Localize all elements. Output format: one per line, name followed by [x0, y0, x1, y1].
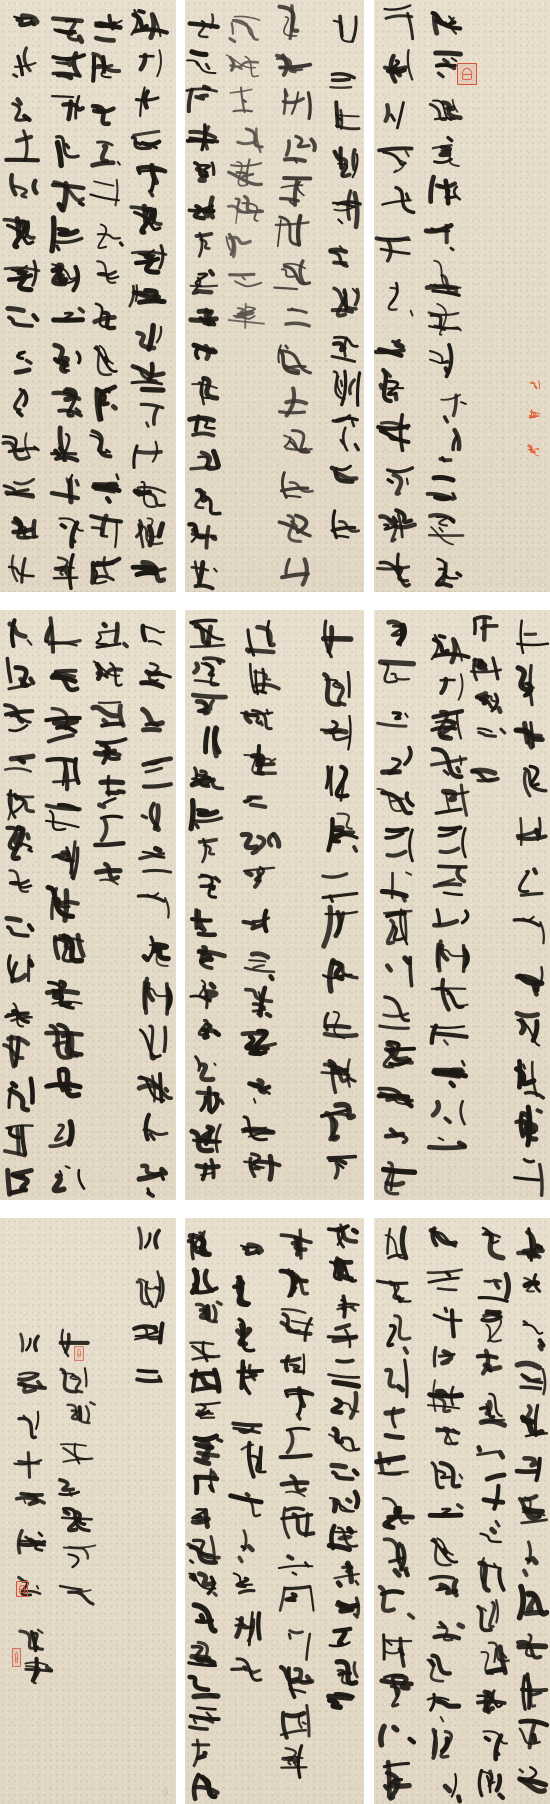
calligraphy-character: 江: [88, 508, 125, 550]
brush-glyph-icon: [326, 96, 364, 140]
brush-glyph-icon: [185, 264, 220, 299]
calligraphy-character: 绘: [48, 3, 88, 45]
calligraphy-character: 芒: [187, 761, 228, 797]
brush-glyph-icon: [374, 696, 418, 738]
calligraphy-character: 暑: [13, 1483, 50, 1522]
calligraphy-character: 吸: [318, 1001, 362, 1049]
calligraphy-character: 轩: [526, 433, 542, 466]
calligraphy-character: 宏: [374, 1490, 416, 1535]
calligraphy-character: 力: [228, 1271, 268, 1313]
brush-glyph-icon: [187, 798, 226, 831]
calligraphy-character: 德: [185, 1398, 225, 1432]
calligraphy-character: 来: [318, 711, 362, 759]
calligraphy-character: 继: [185, 1432, 225, 1466]
calligraphy-character: 当: [42, 612, 87, 657]
calligraphy-character: 个: [185, 45, 222, 82]
calligraphy-character: 辛: [13, 1406, 50, 1445]
brush-glyph-icon: [374, 229, 415, 271]
calligraphy-character: 聚: [511, 1053, 550, 1102]
brush-glyph-icon: [238, 1066, 280, 1104]
brush-glyph-icon: [469, 719, 507, 752]
calligraphy-character: 篇: [374, 1310, 416, 1355]
brush-glyph-icon: [186, 228, 222, 263]
text-column: 党史我们追寻革命原点缅怀先: [374, 0, 418, 592]
brush-glyph-icon: [515, 1401, 550, 1443]
calligraphy-character: 润: [88, 3, 125, 45]
brush-glyph-icon: [58, 1504, 99, 1537]
calligraphy-character: 照: [127, 356, 171, 395]
brush-glyph-icon: [376, 823, 420, 862]
brush-glyph-icon: [319, 615, 362, 661]
text-column: 这是无数共产党人凝聚力量: [511, 612, 550, 1200]
calligraphy-character: 救: [472, 1555, 512, 1597]
calligraphy-character: 教: [273, 254, 318, 296]
brush-glyph-icon: [16, 1656, 55, 1687]
calligraphy-character: 佳: [15, 1623, 55, 1655]
calligraphy-character: 的: [238, 739, 282, 780]
calligraphy-character: 世: [185, 81, 222, 118]
brush-glyph-icon: [224, 12, 270, 48]
brush-glyph-icon: [189, 689, 229, 724]
calligraphy-character: 精: [275, 1741, 318, 1781]
brush-glyph-icon: [0, 508, 43, 549]
calligraphy-character: 情: [187, 1084, 228, 1120]
brush-glyph-icon: [321, 809, 363, 854]
calligraphy-character: 们: [42, 702, 87, 747]
panel-8: 们通过这些鲜活的党史故事认识到 理想信念的力量以信仰之力以精 神力量为党不断为家…: [185, 1218, 364, 1804]
text-column: 坚定初心以德继往开来历史让我们担起: [185, 1229, 225, 1804]
calligraphy-character: 旗: [238, 780, 282, 821]
calligraphy-character: 初: [185, 1297, 225, 1331]
brush-glyph-icon: [185, 1466, 224, 1499]
calligraphy-character: 些: [325, 1355, 363, 1388]
brush-glyph-icon: [89, 382, 126, 423]
brush-glyph-icon: [86, 256, 124, 298]
brush-glyph-icon: [1, 822, 40, 863]
calligraphy-character: 们: [48, 298, 88, 340]
brush-glyph-icon: [375, 1356, 415, 1398]
brush-glyph-icon: [189, 833, 229, 868]
brush-glyph-icon: [188, 870, 227, 903]
calligraphy-character: 我: [187, 1048, 228, 1084]
brush-glyph-icon: [513, 613, 550, 659]
brush-glyph-icon: [187, 1670, 225, 1702]
brush-glyph-icon: [327, 323, 364, 366]
calligraphy-character: 信: [374, 864, 420, 906]
calligraphy-character: 中: [185, 556, 222, 593]
calligraphy-character: 索: [238, 1024, 282, 1065]
calligraphy-character: 谋: [514, 1400, 550, 1445]
brush-glyph-icon: [424, 131, 466, 171]
calligraphy-character: 干: [273, 550, 318, 592]
brush-glyph-icon: [186, 1297, 226, 1331]
calligraphy-character: 力: [90, 812, 130, 852]
brush-glyph-icon: [129, 239, 173, 278]
brush-glyph-icon: [325, 1323, 362, 1355]
calligraphy-character: 奋: [325, 231, 363, 276]
brush-glyph-icon: [137, 840, 175, 882]
calligraphy-character: 斗: [325, 277, 363, 322]
brush-glyph-icon: [375, 1266, 415, 1308]
calligraphy-character: 重: [325, 412, 363, 457]
brush-glyph-icon: [47, 551, 87, 592]
brush-glyph-icon: [375, 992, 418, 1031]
text-column: 罢不能之精的信仰才能理解为什: [374, 612, 420, 1200]
brush-glyph-icon: [188, 1156, 229, 1192]
calligraphy-character: 举: [0, 990, 38, 1032]
brush-glyph-icon: [136, 659, 174, 701]
text-column: 部的再一次集中补钙: [222, 12, 268, 334]
brush-glyph-icon: [423, 215, 466, 256]
panel-4: 这是无数共产党人凝聚力量 的源头基石 我们正迈步的江山中间新的作为 罢不能之精的…: [374, 610, 550, 1200]
calligraphy-character: 斌: [15, 1655, 55, 1687]
calligraphy-character: 从: [424, 88, 467, 130]
text-column: 绘出宏图化为我们继续前行的精: [48, 3, 88, 592]
brush-glyph-icon: [187, 483, 224, 519]
brush-glyph-icon: [44, 929, 88, 973]
calligraphy-character: 人: [511, 955, 550, 1004]
calligraphy-character: 此: [318, 807, 362, 855]
text-column: 富的智慧和力量: [90, 614, 130, 891]
brush-glyph-icon: [428, 705, 474, 743]
brush-glyph-icon: [374, 739, 417, 778]
calligraphy-character: 月: [13, 1522, 50, 1561]
brush-glyph-icon: [137, 1021, 175, 1063]
calligraphy-character: 翻: [424, 340, 467, 382]
calligraphy-character: 亮: [127, 396, 171, 435]
brush-glyph-icon: [317, 1050, 361, 1097]
calligraphy-character: 的: [187, 689, 228, 725]
calligraphy-character: 福: [514, 1490, 550, 1535]
brush-glyph-icon: [128, 436, 171, 474]
brush-glyph-icon: [135, 703, 175, 747]
brush-glyph-icon: [526, 442, 542, 458]
brush-glyph-icon: [424, 1534, 465, 1570]
calligraphy-character: 书: [424, 1765, 467, 1804]
brush-glyph-icon: [187, 1050, 226, 1083]
calligraphy-character: 征: [88, 87, 125, 129]
calligraphy-character: 一: [185, 8, 222, 45]
calligraphy-character: 头: [467, 682, 507, 717]
brush-glyph-icon: [137, 930, 176, 973]
brush-glyph-icon: [136, 975, 174, 1017]
brush-glyph-icon: [239, 617, 283, 658]
calligraphy-character: 神: [127, 317, 171, 356]
brush-glyph-icon: [425, 1301, 467, 1338]
brush-glyph-icon: [516, 1581, 550, 1623]
brush-glyph-icon: [57, 1540, 99, 1574]
brush-glyph-icon: [186, 1332, 224, 1363]
calligraphy-character: 求: [187, 617, 228, 653]
calligraphy-character: 之: [238, 1146, 282, 1187]
calligraphy-character: 新: [55, 1574, 99, 1610]
calligraphy-character: 民: [514, 1579, 550, 1624]
brush-glyph-icon: [375, 1670, 416, 1713]
brush-glyph-icon: [511, 956, 549, 1002]
brush-glyph-icon: [48, 425, 87, 465]
calligraphy-character: 想: [275, 1265, 318, 1305]
brush-glyph-icon: [424, 467, 465, 506]
calligraphy-character: 次: [222, 155, 268, 191]
calligraphy-character: 员: [273, 507, 318, 549]
brush-glyph-icon: [185, 520, 221, 555]
calligraphy-character: 为: [228, 1355, 268, 1397]
brush-glyph-icon: [0, 781, 38, 821]
brush-glyph-icon: [55, 1468, 97, 1502]
brush-glyph-icon: [375, 613, 420, 653]
brush-glyph-icon: [375, 501, 420, 546]
calligraphy-character: 程: [185, 373, 222, 410]
brush-glyph-icon: [13, 1485, 48, 1521]
calligraphy-artwork: 知所从来方明所去翻开中国共产 党史我们追寻革命原点缅怀先 秋韵轩 烈辉煌回顾奋斗…: [0, 0, 550, 1804]
brush-glyph-icon: [229, 1608, 269, 1649]
calligraphy-character: 力: [0, 550, 44, 592]
calligraphy-character: 原: [374, 364, 418, 410]
page-marker: 9: [162, 1789, 168, 1800]
calligraphy-character: 家: [228, 1566, 268, 1608]
calligraphy-character: 篇: [374, 1445, 416, 1490]
seal-stamp-leading: [74, 1346, 84, 1361]
brush-glyph-icon: [0, 465, 43, 507]
calligraphy-character: 冲: [472, 1388, 512, 1430]
brush-glyph-icon: [240, 944, 282, 982]
brush-glyph-icon: [277, 1305, 320, 1344]
calligraphy-character: 续: [127, 121, 171, 160]
text-column: 着为人民谋幸福为民族谋复兴: [514, 1220, 550, 1804]
brush-glyph-icon: [129, 317, 173, 356]
brush-glyph-icon: [3, 2, 45, 41]
brush-glyph-icon: [472, 1597, 511, 1637]
calligraphy-character: 故: [325, 1555, 363, 1588]
calligraphy-character: 我: [127, 3, 171, 42]
brush-glyph-icon: [186, 410, 222, 445]
brush-glyph-icon: [515, 1670, 550, 1713]
calligraphy-character: 的: [325, 1455, 363, 1488]
calligraphy-character: 壮: [0, 948, 38, 990]
brush-glyph-icon: [239, 739, 283, 779]
calligraphy-character: 兴: [514, 1759, 550, 1804]
calligraphy-character: 牺: [0, 654, 38, 696]
brush-glyph-icon: [374, 1310, 415, 1354]
brush-glyph-icon: [187, 301, 223, 336]
brush-glyph-icon: [1, 740, 37, 779]
text-column: 我们正迈步的江山中间新的作为: [427, 628, 473, 1169]
brush-glyph-icon: [321, 761, 363, 806]
brush-glyph-icon: [237, 1107, 280, 1146]
calligraphy-character: 行: [48, 466, 88, 508]
brush-glyph-icon: [513, 1446, 548, 1488]
text-column: 百年来如此多人被吸引而来: [318, 614, 362, 1194]
brush-glyph-icon: [240, 1026, 282, 1064]
brush-glyph-icon: [229, 1314, 268, 1354]
brush-glyph-icon: [376, 1158, 421, 1199]
brush-glyph-icon: [318, 663, 362, 710]
text-column: 去牺牲大义之先的壮举至为勇敢: [0, 612, 38, 1200]
brush-glyph-icon: [185, 1534, 223, 1566]
brush-glyph-icon: [513, 1760, 548, 1802]
brush-glyph-icon: [0, 991, 36, 1030]
brush-glyph-icon: [186, 905, 227, 941]
brush-glyph-icon: [90, 214, 126, 254]
calligraphy-character: 们: [427, 667, 473, 706]
calligraphy-character: 的: [427, 821, 473, 860]
brush-glyph-icon: [377, 1118, 421, 1157]
calligraphy-character: 集: [222, 191, 268, 227]
calligraphy-character: 时: [0, 211, 44, 253]
calligraphy-character: 理: [374, 1032, 420, 1074]
brush-glyph-icon: [424, 298, 467, 339]
calligraphy-character: 才: [424, 1262, 467, 1301]
calligraphy-character: 引: [318, 1049, 362, 1097]
calligraphy-character: 和: [90, 772, 130, 812]
calligraphy-character: 的: [88, 466, 125, 508]
brush-glyph-icon: [188, 1014, 227, 1047]
calligraphy-character: 那: [88, 171, 125, 213]
calligraphy-character: 山: [88, 550, 125, 592]
brush-glyph-icon: [186, 1636, 224, 1668]
brush-glyph-icon: [319, 1001, 363, 1048]
calligraphy-character: 心: [185, 1330, 225, 1364]
brush-glyph-icon: [424, 1455, 467, 1494]
calligraphy-character: 求: [238, 1106, 282, 1147]
calligraphy-character: 这: [325, 1322, 363, 1355]
calligraphy-character: 多: [318, 856, 362, 904]
brush-glyph-icon: [374, 906, 418, 947]
brush-glyph-icon: [273, 296, 318, 338]
calligraphy-character: 些: [88, 213, 125, 255]
brush-glyph-icon: [130, 515, 171, 551]
calligraphy-character: 史: [135, 929, 175, 974]
calligraphy-character: 不: [228, 1439, 268, 1481]
brush-glyph-icon: [42, 613, 86, 656]
brush-glyph-icon: [135, 749, 175, 792]
brush-glyph-icon: [227, 1567, 266, 1607]
brush-glyph-icon: [424, 1572, 466, 1609]
calligraphy-character: 精: [127, 278, 171, 317]
calligraphy-character: 的: [127, 160, 171, 199]
brush-glyph-icon: [188, 618, 228, 652]
calligraphy-character: 以: [275, 1702, 318, 1742]
brush-glyph-icon: [186, 761, 227, 797]
calligraphy-character: 中: [135, 974, 175, 1019]
brush-glyph-icon: [277, 1702, 319, 1740]
brush-glyph-icon: [375, 1760, 417, 1804]
brush-glyph-icon: [374, 1033, 418, 1072]
calligraphy-character: 们: [185, 300, 222, 337]
calligraphy-character: 艰: [185, 483, 222, 520]
calligraphy-character: 理: [275, 1225, 318, 1265]
calligraphy-character: 石: [467, 753, 507, 788]
calligraphy-character: 洒: [135, 657, 175, 702]
calligraphy-character: 广: [273, 381, 318, 423]
calligraphy-character: 赓: [127, 82, 171, 121]
calligraphy-character: 仰: [374, 906, 420, 948]
calligraphy-character: 青: [424, 1572, 467, 1611]
calligraphy-character: 这: [511, 612, 550, 661]
calligraphy-character: 史: [374, 46, 418, 92]
text-column: 我们赓续的时代精神照亮了人心滋: [127, 3, 171, 592]
brush-glyph-icon: [91, 655, 129, 692]
brush-glyph-icon: [186, 1399, 225, 1432]
brush-glyph-icon: [185, 82, 220, 117]
calligraphy-character: 锋: [472, 1430, 512, 1472]
brush-glyph-icon: [318, 857, 361, 903]
panel-2: 烈辉煌回顾奋斗历程重温党 开展党史学习教育是广大党员干 部的再一次集中补钙 一个…: [185, 0, 364, 592]
calligraphy-character: 好: [374, 1759, 416, 1804]
calligraphy-character: 间: [427, 976, 473, 1015]
brush-glyph-icon: [44, 1156, 87, 1198]
calligraphy-character: 续: [48, 382, 88, 424]
brush-glyph-icon: [425, 341, 467, 381]
brush-glyph-icon: [325, 6, 363, 50]
calligraphy-character: 过: [185, 154, 222, 191]
calligraphy-character: 展: [273, 42, 318, 84]
brush-glyph-icon: [0, 614, 35, 653]
calligraphy-character: 已: [185, 410, 222, 447]
calligraphy-character: 江: [427, 860, 473, 899]
calligraphy-character: 前: [472, 1347, 512, 1389]
calligraphy-character: 往: [185, 1466, 225, 1500]
brush-glyph-icon: [239, 822, 281, 860]
calligraphy-character: 中: [424, 424, 467, 466]
brush-glyph-icon: [376, 1221, 417, 1264]
text-column: 当我们翻开党史大到为人民而: [42, 612, 87, 1200]
brush-glyph-icon: [374, 319, 417, 364]
brush-glyph-icon: [186, 338, 221, 372]
brush-glyph-icon: [56, 1433, 97, 1466]
brush-glyph-icon: [89, 89, 124, 128]
brush-glyph-icon: [86, 550, 124, 591]
calligraphy-character: 开: [185, 1500, 225, 1534]
calligraphy-character: 我: [42, 657, 87, 702]
calligraphy-character: 之: [374, 738, 420, 780]
calligraphy-character: 坚: [185, 1229, 225, 1263]
brush-glyph-icon: [272, 255, 316, 295]
brush-glyph-icon: [185, 1770, 225, 1804]
calligraphy-character: 动: [472, 1679, 512, 1721]
calligraphy-character: 心: [55, 1432, 99, 1468]
brush-glyph-icon: [374, 780, 420, 822]
calligraphy-character: 生: [424, 1688, 467, 1727]
brush-glyph-icon: [429, 1092, 474, 1130]
brush-glyph-icon: [374, 0, 417, 45]
calligraphy-character: 育: [273, 296, 318, 338]
calligraphy-character: 大: [0, 381, 44, 423]
calligraphy-character: 诗: [374, 1265, 416, 1310]
brush-glyph-icon: [273, 0, 318, 41]
brush-glyph-icon: [43, 703, 88, 747]
brush-glyph-icon: [275, 1385, 316, 1422]
brush-glyph-icon: [128, 82, 172, 121]
calligraphy-character: 党: [325, 503, 363, 548]
brush-glyph-icon: [2, 254, 46, 296]
brush-glyph-icon: [241, 862, 284, 901]
calligraphy-character: 命: [374, 319, 418, 365]
brush-glyph-icon: [427, 509, 468, 548]
calligraphy-character: 的: [374, 822, 420, 864]
text-column: 到国家的旗帜下不断求索追求之: [238, 617, 282, 1187]
brush-glyph-icon: [275, 1465, 316, 1502]
brush-glyph-icon: [220, 226, 266, 262]
brush-glyph-icon: [272, 212, 315, 252]
calligraphy-character: 是: [511, 661, 550, 710]
brush-glyph-icon: [326, 1523, 362, 1554]
brush-glyph-icon: [87, 424, 125, 466]
calligraphy-character: 方: [424, 172, 467, 214]
brush-glyph-icon: [326, 1356, 363, 1389]
text-column: 求索的光芒为了理想至诚忘我情执以: [187, 617, 228, 1192]
brush-glyph-icon: [327, 1656, 364, 1689]
